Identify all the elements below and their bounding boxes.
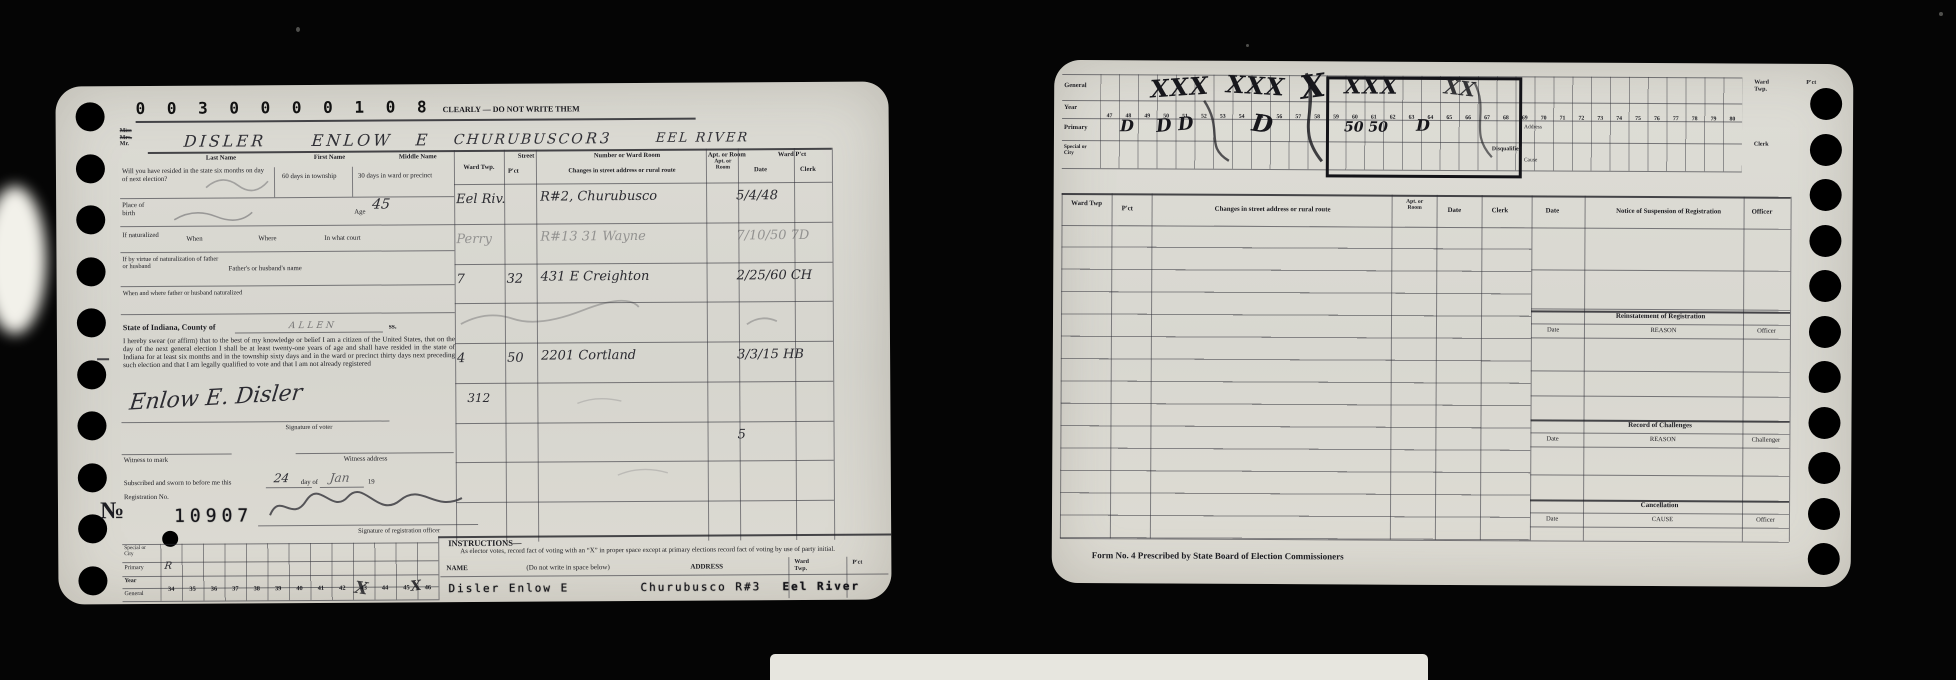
vote-x-marks: XXX — [1344, 73, 1398, 99]
field-rule — [121, 284, 455, 287]
punch-hole — [1808, 498, 1840, 530]
typed-name: Disler Enlow E — [448, 581, 569, 595]
film-speck — [296, 27, 300, 32]
year-cell: 49 — [1138, 113, 1157, 119]
empty-row-lines — [1060, 225, 1532, 540]
mt-header-clerk: Clerk — [1492, 207, 1509, 215]
sworn-underline — [320, 487, 364, 488]
changes-table-row: Eel Riv. R#2, Churubusco 5/4/48 — [454, 182, 832, 224]
year-cell: 41 — [310, 585, 331, 592]
if-naturalized-label: If naturalized — [122, 232, 162, 240]
reinstatement-reason-label: REASON — [1584, 327, 1743, 335]
changes-table-row: 4 50 2201 Cortland 3/3/15 HB — [455, 341, 833, 383]
vote-x-mark-large: X — [1298, 66, 1328, 107]
cancellation-title: Cancellation — [1530, 501, 1789, 510]
row-ward-value: Eel Riv. — [456, 192, 505, 207]
vote-row-special-label: Special or City — [1064, 144, 1094, 156]
year-cell: 42 — [332, 585, 353, 592]
row-address-value: R#13 31 Wayne — [540, 229, 646, 245]
county-value: ALLEN — [288, 321, 337, 331]
changes-header-clerk: Clerk — [800, 166, 816, 173]
year-cell: 78 — [1685, 116, 1704, 122]
row-pct-value: 32 — [507, 271, 524, 286]
challenges-challenger-label: Challenger — [1742, 437, 1789, 445]
year-cell: 44 — [374, 584, 395, 591]
witness-address-label: Witness address — [344, 456, 388, 464]
section-rule — [1531, 323, 1790, 325]
year-cell: 40 — [289, 585, 310, 592]
table-border — [1789, 197, 1792, 542]
ss-label: ss. — [389, 322, 397, 330]
punch-hole — [1810, 88, 1842, 120]
stamp-row: 0 0 3 0 0 0 0 1 0 8 CLEARLY — DO NOT WRI… — [136, 97, 696, 123]
field-rule — [120, 196, 454, 199]
section-rule — [1530, 474, 1789, 476]
vote-x-marks: XXX — [1149, 71, 1210, 104]
primary-year-scrawl: 50 50 — [1344, 119, 1388, 135]
address-label: Address — [1524, 124, 1542, 130]
title-mrs: Mrs. — [120, 135, 132, 142]
punch-hole — [77, 411, 106, 440]
table-border — [1060, 193, 1063, 538]
sworn-prefix: Subscribed and sworn to before me this — [124, 479, 232, 487]
punch-hole — [76, 154, 105, 183]
row-date-value: 5 — [738, 427, 746, 442]
disqualified-label: Disqualified — [1492, 146, 1522, 153]
instructions-pct-label: P'ct — [852, 560, 862, 567]
vote-x-marks: XXX — [1225, 69, 1285, 101]
days30-label: 30 days in ward or precinct — [358, 172, 444, 180]
cancellation-officer-label: Officer — [1742, 517, 1789, 525]
primary-party-mark-large: D — [1250, 108, 1275, 140]
by-virtue-label: If by virtue of naturalization of father… — [122, 256, 218, 271]
year-cell: 57 — [1289, 114, 1308, 120]
age-value: 45 — [371, 197, 391, 213]
table-border — [1150, 193, 1153, 538]
corner-ward-twp-label: Ward Twp. — [1754, 80, 1782, 94]
corner-clerk-label: Clerk — [1754, 142, 1769, 149]
punch-hole — [76, 257, 105, 286]
primary-party-mark: D — [1120, 116, 1134, 135]
changes-header-ward: Ward Twp. — [460, 164, 498, 171]
row-date-value: 7/10/50 7D — [736, 228, 809, 243]
instructions-border-left — [438, 536, 439, 600]
table-border — [1742, 197, 1745, 542]
days60-label: 60 days in township — [282, 173, 352, 181]
punch-hole — [1808, 543, 1840, 575]
table-rule — [1060, 538, 1789, 543]
instructions-body: As elector votes, record fact of voting … — [460, 545, 884, 555]
ward-value: EEL RIVER — [655, 130, 750, 146]
sworn-month-value: Jan — [329, 471, 350, 485]
middle-name-value: E — [415, 130, 431, 149]
punch-hole — [1808, 407, 1840, 439]
row-address-value: 431 E Creighton — [541, 269, 650, 285]
where-label: Where — [258, 235, 276, 243]
year-cell: 76 — [1647, 116, 1666, 122]
witness-address-line — [296, 452, 454, 454]
mt-header-notice: Notice of Suspension of Registration — [1594, 208, 1744, 216]
registration-number-value: 10907 — [174, 505, 253, 526]
section-rule — [1530, 512, 1789, 514]
mt-header-pct: P'ct — [1122, 205, 1133, 213]
punch-hole — [1809, 316, 1841, 348]
changes-header-pct: P'ct — [508, 168, 519, 175]
title-options: Miss Mrs. Mr. — [120, 128, 132, 148]
number-value: R3 — [585, 129, 613, 147]
title-mr: Mr. — [120, 142, 132, 149]
signature-line — [121, 421, 389, 424]
section-rule — [1531, 395, 1790, 397]
row-ward-value: 312 — [457, 391, 490, 405]
year-cell: 70 — [1534, 115, 1553, 121]
year-cell: 54 — [1232, 114, 1251, 120]
changes-table-row: 5 — [455, 421, 833, 463]
mt-header-date2: Date — [1546, 207, 1560, 215]
changes-table-row — [455, 301, 833, 343]
year-cell: 71 — [1553, 116, 1572, 122]
challenges-reason-label: REASON — [1583, 436, 1742, 444]
field-divider — [274, 167, 275, 197]
signature-of-voter-label: Signature of voter — [285, 424, 332, 432]
typed-ward: Eel River — [782, 580, 860, 593]
row-ward-value: 7 — [457, 272, 465, 287]
when-where-naturalized-label: When and where father or husband natural… — [123, 289, 243, 297]
table-border — [1390, 195, 1393, 540]
year-cell: 37 — [225, 585, 246, 592]
instructions-address-label: ADDRESS — [690, 563, 723, 571]
punch-hole — [1809, 361, 1841, 393]
row-date-value: 3/3/15 HB — [737, 347, 804, 362]
registration-no-label: Registration No. — [124, 494, 169, 502]
field-divider — [352, 167, 353, 197]
section-rule — [1530, 432, 1789, 434]
cancellation-date-label: Date — [1546, 515, 1558, 522]
reinstatement-title: Reinstatement of Registration — [1531, 312, 1790, 321]
year-cell: 36 — [203, 586, 224, 593]
field-rule — [120, 250, 454, 253]
changes-header-date: Date — [754, 166, 767, 173]
row-date-value: 5/4/48 — [736, 188, 778, 203]
instructions-note-label: (Do not write in space below) — [526, 564, 609, 572]
vote-row-year-label: Year — [1064, 104, 1077, 111]
year-cell: 72 — [1572, 116, 1591, 122]
year-cell: 73 — [1591, 116, 1610, 122]
mt-header-ward: Ward Twp — [1070, 200, 1104, 208]
section-rule — [1531, 370, 1790, 372]
in-what-court-label: In what court — [324, 235, 360, 243]
table-border — [1480, 195, 1483, 540]
stamped-card-number: 0 0 3 0 0 0 0 1 0 8 — [136, 97, 433, 118]
typed-address: Churubusco R#3 — [640, 580, 761, 594]
place-of-birth-label: Place of birth — [122, 202, 158, 217]
changes-header-apt: Apt. or Room — [710, 158, 736, 171]
cancellation-cause-label: CAUSE — [1583, 516, 1742, 524]
microfilm-scan: 0 0 3 0 0 0 0 1 0 8 CLEARLY — DO NOT WRI… — [0, 0, 1956, 680]
film-speck — [1246, 44, 1249, 47]
year-cell: 39 — [267, 585, 288, 592]
instructions-rule — [440, 573, 888, 577]
year-cell: 35 — [182, 586, 203, 593]
general-vote-mark: X — [353, 578, 369, 600]
witness-mark-line — [122, 453, 232, 455]
table-border — [1530, 195, 1533, 540]
margin-dash — [97, 358, 109, 360]
table-border — [1110, 193, 1113, 538]
film-speck — [1939, 12, 1943, 16]
vote-x-marks: XX — [1443, 74, 1476, 101]
reinstatement-officer-label: Officer — [1743, 328, 1790, 336]
row-ward-value: 4 — [457, 351, 465, 366]
punch-hole — [1808, 452, 1840, 484]
voter-registration-card-back: General Year Primary Special or City 474… — [1052, 60, 1854, 587]
punch-hole — [77, 360, 106, 389]
reinstatement-date-label: Date — [1547, 326, 1559, 333]
mt-header-date: Date — [1448, 207, 1462, 215]
punch-hole — [1810, 134, 1842, 166]
signature-of-registration-officer-label: Signature of registration officer — [358, 527, 440, 535]
year-cell: 47 — [1100, 113, 1119, 119]
vote-row-general-label: General — [1064, 82, 1086, 89]
mt-header-officer: Officer — [1752, 209, 1773, 217]
label-first-name: First Name — [314, 154, 345, 161]
year-cell: 52 — [1194, 114, 1213, 120]
section-rule — [1531, 337, 1790, 339]
vote-row-year-label: Year — [124, 578, 136, 585]
punch-hole — [78, 566, 107, 595]
instructions-name-label: NAME — [446, 565, 467, 573]
row-ward-value: Perry — [456, 232, 492, 247]
punch-hole — [78, 463, 107, 492]
punch-hole — [1809, 270, 1841, 302]
vote-row-special-label: Special or City — [124, 545, 154, 557]
year-cell: 77 — [1666, 116, 1685, 122]
suspension-row-rule — [1531, 269, 1790, 271]
year-cell: 80 — [1723, 116, 1742, 122]
year-cell: 75 — [1629, 116, 1648, 122]
stamp-instruction-label: CLEARLY — DO NOT WRITE THEM — [443, 104, 580, 114]
voter-signature: Enlow E. Disler — [128, 380, 304, 415]
row-address-value: 2201 Cortland — [541, 348, 636, 364]
punch-hole — [1809, 225, 1841, 257]
county-line: State of Indiana, County of — [123, 324, 216, 334]
mt-header-changes: Changes in street address or rural route — [1158, 205, 1388, 214]
county-underline — [235, 332, 383, 334]
age-label: Age — [354, 209, 365, 217]
table-border — [1583, 196, 1586, 541]
resided-question: Will you have resided in the state six m… — [122, 167, 270, 183]
punch-hole — [76, 102, 105, 131]
changes-header-changes: Changes in street address or rural route — [542, 167, 702, 175]
section-rule — [1530, 526, 1789, 528]
film-glare-blob — [0, 186, 46, 334]
changes-table-row — [456, 460, 834, 502]
next-card-edge — [770, 654, 1428, 680]
section-rule — [1530, 446, 1789, 448]
sworn-day-of: day of — [301, 479, 318, 487]
voter-registration-card-front: 0 0 3 0 0 0 0 1 0 8 CLEARLY — DO NOT WRI… — [55, 81, 891, 604]
year-cell: 38 — [246, 585, 267, 592]
label-ward-pct: Ward P'ct — [778, 151, 806, 158]
punch-hole — [1810, 179, 1842, 211]
when-label: When — [186, 236, 202, 244]
instructions-ward-label: Ward Twp. — [794, 559, 820, 573]
sworn-day-value: 24 — [273, 471, 290, 485]
mt-header-apt: Apt. or Room — [1400, 199, 1430, 212]
primary-party-initial: R — [164, 561, 173, 572]
sworn-year-prefix: 19 — [368, 479, 375, 487]
label-middle-name: Middle Name — [399, 153, 437, 160]
changes-table-row: Perry R#13 31 Wayne 7/10/50 7D — [454, 222, 832, 264]
cause-label: Cause — [1524, 157, 1537, 163]
label-street: Street — [518, 153, 535, 160]
row-date-value: 2/25/60 CH — [737, 268, 813, 283]
officer-signature-scribble — [266, 484, 476, 529]
year-cell: 58 — [1308, 114, 1327, 120]
punch-hole — [76, 205, 105, 234]
vote-row-general-label: General — [125, 591, 144, 598]
street-value: CHURUBUSCO — [453, 131, 585, 148]
corner-pct-label: P'ct — [1806, 80, 1816, 87]
changes-table-rows: Eel Riv. R#2, Churubusco 5/4/48 Perry R#… — [454, 182, 834, 542]
witness-to-mark-label: Witness to mark — [124, 457, 168, 465]
year-cell: 34 — [160, 586, 181, 593]
label-number-or-ward-room: Number or Ward Room — [594, 152, 660, 160]
row-address-value: R#2, Churubusco — [540, 189, 657, 205]
general-vote-mark: X — [410, 578, 423, 595]
field-rule — [120, 224, 454, 227]
vote-row-primary-label: Primary — [1064, 124, 1088, 131]
last-name-value: DISLER — [183, 131, 267, 151]
officer-signature-line — [258, 524, 478, 526]
challenges-date-label: Date — [1546, 435, 1558, 442]
sworn-underline — [266, 487, 312, 488]
oath-text: I hereby swear (or affirm) that to the b… — [123, 336, 455, 370]
label-last-name: Last Name — [206, 154, 236, 161]
primary-party-mark: D — [1416, 116, 1430, 135]
punch-hole — [77, 308, 106, 337]
year-cell: 79 — [1704, 116, 1723, 122]
year-cell: 53 — [1213, 114, 1232, 120]
primary-party-marks: D D — [1155, 113, 1194, 137]
table-border — [1435, 195, 1438, 540]
grid-rule — [123, 599, 439, 602]
changes-table-row: 7 32 431 E Creighton 2/25/60 CH — [455, 261, 833, 303]
table-rule — [1062, 225, 1791, 230]
vote-grid-years: 34353637383940414243444546 — [160, 576, 438, 596]
vote-row-primary-label: Primary — [124, 565, 143, 572]
year-cell: 74 — [1610, 116, 1629, 122]
changes-table-row: 312 — [455, 381, 833, 423]
row-pct-value: 50 — [507, 351, 524, 366]
field-rule — [121, 312, 455, 315]
challenges-title: Record of Challenges — [1530, 421, 1789, 430]
form-footer: Form No. 4 Prescribed by State Board of … — [1092, 550, 1344, 561]
first-name-value: ENLOW — [311, 130, 393, 150]
father-name-label: Father's or husband's name — [229, 265, 302, 273]
no-symbol: № — [100, 498, 124, 525]
